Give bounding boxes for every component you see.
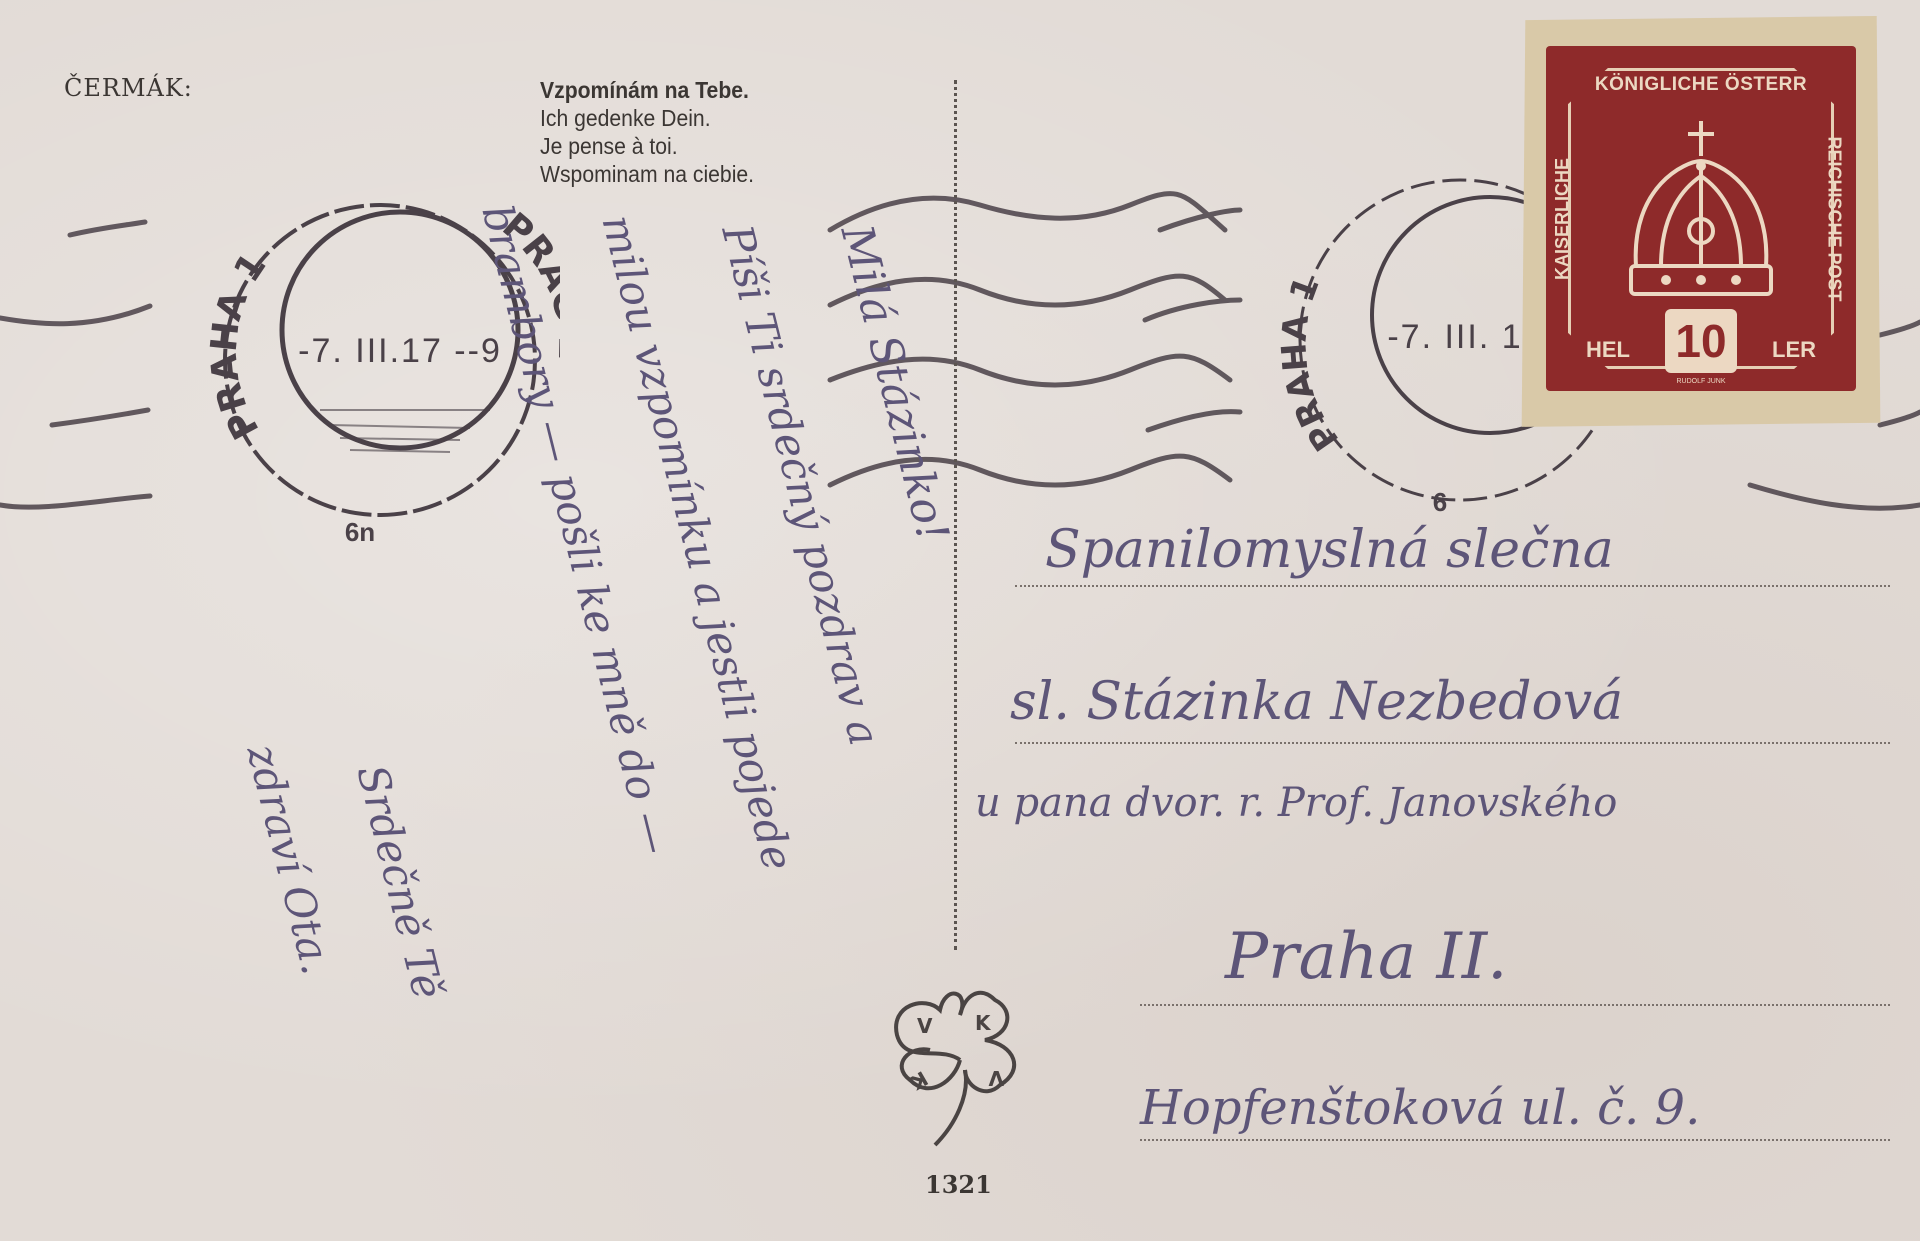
address-line-2 — [1015, 742, 1890, 744]
four-leaf-clover-icon: V K V K — [885, 975, 1035, 1155]
postcard: ČERMÁK: Vzpomínám na Tebe. Ich gedenke D… — [0, 0, 1920, 1241]
stamp-denomination: 10 — [1665, 309, 1737, 373]
stamp-engraver: RUDOLF JUNK — [1676, 378, 1725, 385]
title-polish: Wspominam na ciebie. — [540, 160, 754, 188]
postage-stamp: KÖNIGLICHE ÖSTERR KAISERLICHE REICHISCHE… — [1518, 16, 1884, 431]
stamp-left-text: KAISERLICHE — [1552, 157, 1573, 279]
address-line-4 — [1140, 1139, 1890, 1141]
card-title-multilingual: Vzpomínám na Tebe. Ich gedenke Dein. Je … — [540, 76, 773, 188]
serial-number: 1321 — [925, 1170, 992, 1199]
title-french: Je pense à toi. — [540, 132, 754, 160]
svg-text:PRAHA 1: PRAHA 1 — [1280, 271, 1347, 458]
address-line-1 — [1015, 585, 1890, 587]
address-city: Praha II. — [1225, 920, 1507, 994]
artist-name: ČERMÁK: — [64, 74, 193, 102]
message-closing: Srdečně Tě — [347, 760, 452, 1004]
postmark-right-code: 6 — [1240, 487, 1640, 518]
postmark-left-code: 6n — [160, 517, 560, 548]
title-czech: Vzpomínám na Tebe. — [540, 76, 754, 104]
message-greeting: Milá Stázinko! — [831, 220, 959, 547]
logo-letter-k1: K — [975, 1011, 992, 1035]
address-line-3 — [1140, 1004, 1890, 1006]
address-care-of: u pana dvor. r. Prof. Janovského — [975, 780, 1617, 826]
stamp-right-text: REICHISCHE POST — [1824, 136, 1845, 301]
logo-letter-v2: V — [988, 1066, 1004, 1090]
message-signature: zdraví Ota. — [237, 740, 341, 979]
title-german: Ich gedenke Dein. — [540, 104, 754, 132]
logo-letter-v1: V — [917, 1014, 933, 1038]
address-salutation: Spanilomyslná slečna — [1045, 520, 1614, 580]
crown-icon — [1616, 116, 1786, 326]
postmark-right-ring-text: PRAHA 1 — [1280, 271, 1347, 458]
stamp-design: KÖNIGLICHE ÖSTERR KAISERLICHE REICHISCHE… — [1546, 46, 1856, 391]
center-divider — [954, 80, 957, 950]
stamp-currency-left: HEL — [1586, 337, 1630, 363]
address-recipient: sl. Stázinka Nezbedová — [1010, 672, 1623, 732]
stamp-top-text: KÖNIGLICHE ÖSTERR — [1546, 74, 1856, 96]
stamp-currency-right: LER — [1772, 337, 1816, 363]
address-street: Hopfenštoková ul. č. 9. — [1140, 1080, 1700, 1136]
